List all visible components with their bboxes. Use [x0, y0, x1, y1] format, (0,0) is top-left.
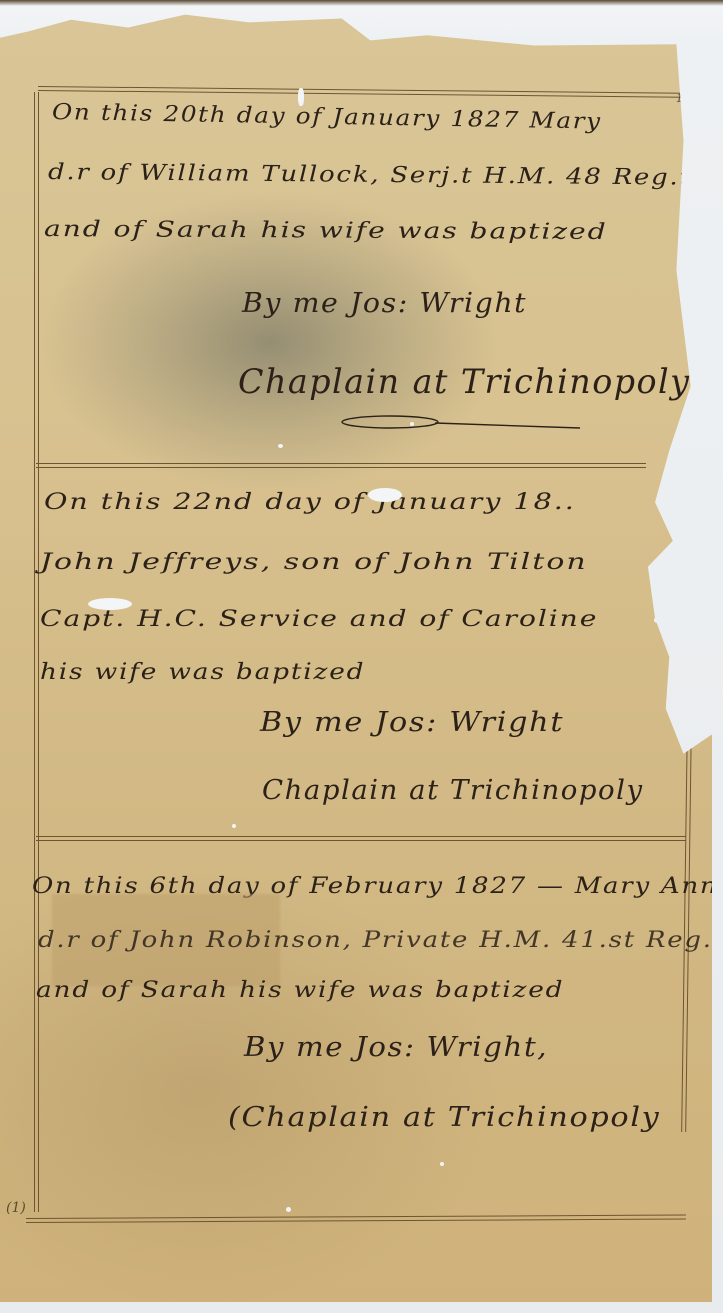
entry-2-line-1: On this 22nd day of January 18..: [44, 490, 576, 515]
register-page: 13 On this 20th day of January 1827 Mary…: [0, 12, 712, 1302]
worm-hole: [298, 88, 304, 106]
entry-2-signature: By me Jos: Wright: [260, 707, 564, 738]
entry-2-line-3: Capt. H.C. Service and of Caroline: [40, 607, 598, 632]
left-margin-rule: [34, 92, 39, 1212]
entry-3-line-2: d.r of John Robinson, Private H.M. 41.st…: [38, 928, 723, 953]
entry-2-title: Chaplain at Trichinopoly: [262, 775, 644, 806]
entry-divider-2: [36, 836, 686, 841]
entry-2-line-2: John Jeffreys, son of John Tilton: [40, 550, 588, 575]
worm-hole: [286, 1207, 291, 1212]
entry-1-line-3: and of Sarah his wife was baptized: [44, 217, 608, 245]
entry-1-line-1: On this 20th day of January 1827 Mary: [52, 100, 602, 135]
entry-divider-1: [36, 463, 646, 468]
worm-hole: [278, 444, 283, 448]
worm-hole: [440, 1162, 444, 1166]
entry-1-line-2: d.r of William Tullock, Serj.t H.M. 48 R…: [48, 160, 692, 191]
entry-3-signature: By me Jos: Wright,: [244, 1032, 548, 1063]
signature-flourish-icon: [340, 410, 600, 434]
entry-2-line-4: his wife was baptized: [40, 660, 365, 685]
bottom-rule: [26, 1215, 686, 1223]
worm-hole: [410, 422, 414, 426]
entry-1-title: Chaplain at Trichinopoly: [238, 362, 690, 402]
worm-hole: [88, 598, 132, 610]
worm-hole: [368, 488, 402, 502]
entry-3-title: (Chaplain at Trichinopoly: [228, 1102, 660, 1133]
entry-3-line-3: and of Sarah his wife was baptized: [36, 978, 564, 1003]
margin-mark: (1): [6, 1200, 26, 1216]
worm-hole: [232, 824, 236, 828]
entry-1-signature: By me Jos: Wright: [242, 288, 527, 319]
top-rule: [38, 86, 688, 98]
